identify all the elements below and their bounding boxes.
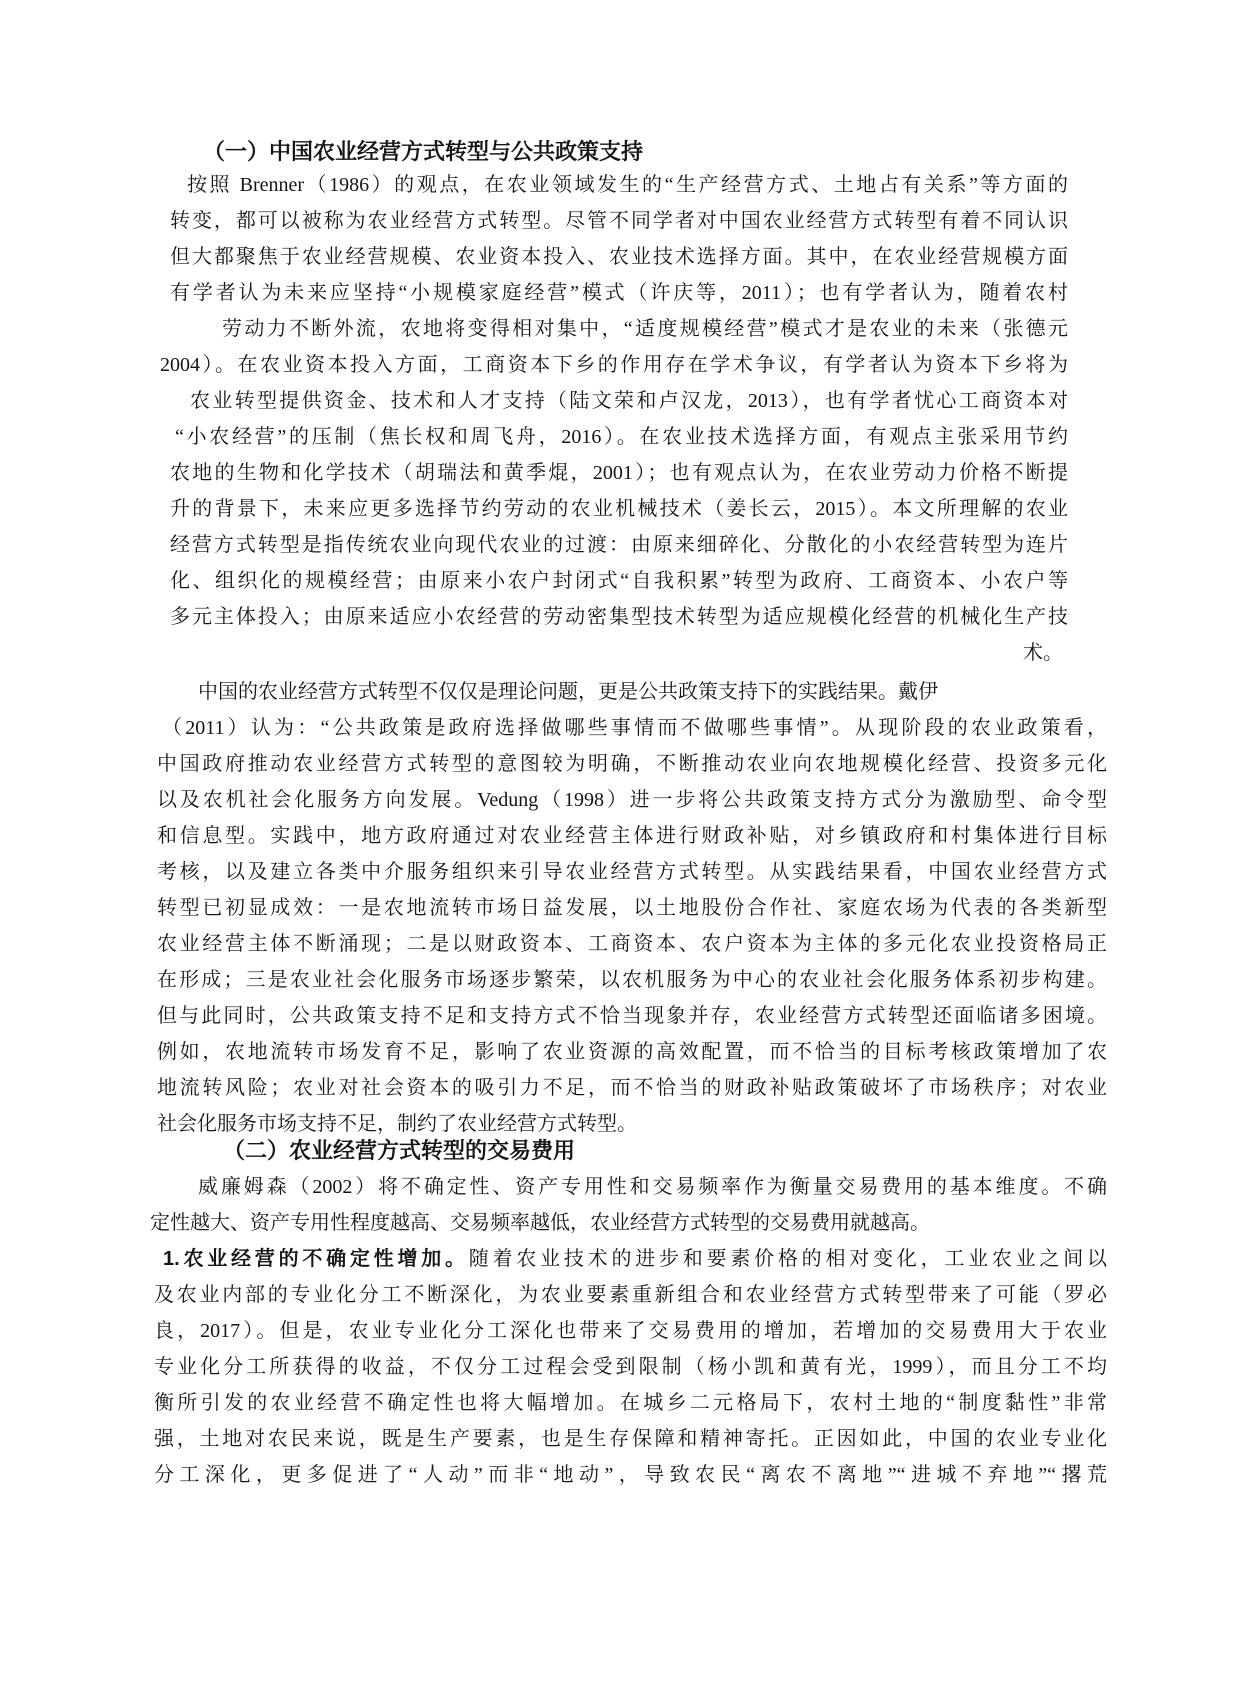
paragraph-2: 中国的农业经营方式转型不仅仅是理论问题，更是公共政策支持下的实践结果。戴伊 （2… bbox=[157, 674, 1107, 1142]
text-line: 威廉姆森（2002）将不确定性、资产专用性和交易频率作为衡量交易费用的基本维度。… bbox=[198, 1169, 1107, 1205]
text-line: 农地的生物和化学技术（胡瑞法和黄季焜，2001）；也有观点认为，在农业劳动力价格… bbox=[170, 455, 1068, 491]
text-line: 经营方式转型是指传统农业向现代农业的过渡：由原来细碎化、分散化的小农经营转型为连… bbox=[170, 527, 1068, 563]
paragraph-1: 按照 Brenner（1986）的观点，在农业领域发生的“生产经营方式、土地占有… bbox=[170, 167, 1068, 671]
text-line: 按照 Brenner（1986）的观点，在农业领域发生的“生产经营方式、土地占有… bbox=[187, 167, 1068, 203]
text-line: 转型已初显成效：一是农地流转市场日益发展，以土地股份合作社、家庭农场为代表的各类… bbox=[157, 890, 1107, 926]
text-line: 有学者认为未来应坚持“小规模家庭经营”模式（许庆等，2011）；也有学者认为，随… bbox=[170, 275, 1068, 311]
text-line: 衡所引发的农业经营不确定性也将大幅增加。在城乡二元格局下，农村土地的“制度黏性”… bbox=[154, 1385, 1107, 1421]
text-line: 及农业内部的专业化分工不断深化，为农业要素重新组合和农业经营方式转型带来了可能（… bbox=[154, 1277, 1107, 1313]
section-heading-2: （二）农业经营方式转型的交易费用 bbox=[223, 1133, 1123, 1169]
text-line: 术。 bbox=[170, 635, 1063, 671]
text-line: 定性越大、资产专用性程度越高、交易频率越低，农业经营方式转型的交易费用就越高。 bbox=[150, 1205, 1107, 1241]
lead-rest-text: 随着农业技术的进步和要素价格的相对变化，工业农业之间以 bbox=[469, 1248, 1107, 1270]
text-line: “小农经营”的压制（焦长权和周飞舟，2016）。在农业技术选择方面，有观点主张采… bbox=[175, 419, 1068, 455]
section-heading-1: （一）中国农业经营方式转型与公共政策支持 bbox=[203, 134, 1103, 170]
text-line: 良，2017）。但是，农业专业化分工深化也带来了交易费用的增加，若增加的交易费用… bbox=[154, 1313, 1107, 1349]
text-line: 但大都聚焦于农业经营规模、农业资本投入、农业技术选择方面。其中，在农业经营规模方… bbox=[170, 239, 1068, 275]
bold-lead-label: 1.农业经营的不确定性增加。 bbox=[163, 1248, 469, 1270]
text-line: 分工深化，更多促进了“人动”而非“地动”，导致农民“离农不离地”“进城不弃地”“… bbox=[154, 1457, 1107, 1493]
text-line: （2011）认为：“公共政策是政府选择做哪些事情而不做哪些事情”。从现阶段的农业… bbox=[162, 710, 1107, 746]
text-line: 在形成；三是农业社会化服务市场逐步繁荣，以农机服务为中心的农业社会化服务体系初步… bbox=[157, 962, 1107, 998]
text-line: 转变，都可以被称为农业经营方式转型。尽管不同学者对中国农业经营方式转型有着不同认… bbox=[170, 203, 1068, 239]
text-line: 强，土地对农民来说，既是生产要素，也是生存保障和精神寄托。正因如此，中国的农业专… bbox=[154, 1421, 1107, 1457]
text-line: 农业经营主体不断涌现；二是以财政资本、工商资本、农户资本为主体的多元化农业投资格… bbox=[157, 926, 1107, 962]
text-line: 例如，农地流转市场发育不足，影响了农业资源的高效配置，而不恰当的目标考核政策增加… bbox=[157, 1034, 1107, 1070]
text-line: 化、组织化的规模经营；由原来小农户封闭式“自我积累”转型为政府、工商资本、小农户… bbox=[170, 563, 1068, 599]
text-line: 2004）。在农业资本投入方面，工商资本下乡的作用存在学术争议，有学者认为资本下… bbox=[160, 347, 1068, 383]
text-line: 农业转型提供资金、技术和人才支持（陆文荣和卢汉龙，2013），也有学者忧心工商资… bbox=[190, 383, 1068, 419]
text-line: 以及农机社会化服务方向发展。Vedung（1998）进一步将公共政策支持方式分为… bbox=[157, 782, 1107, 818]
text-line: 和信息型。实践中，地方政府通过对农业经营主体进行财政补贴，对乡镇政府和村集体进行… bbox=[157, 818, 1107, 854]
text-line: 多元主体投入；由原来适应小农经营的劳动密集型技术转型为适应规模化经营的机械化生产… bbox=[170, 599, 1068, 635]
text-line: 劳动力不断外流，农地将变得相对集中，“适度规模经营”模式才是农业的未来（张德元 bbox=[222, 311, 1068, 347]
paragraph-4: 1.农业经营的不确定性增加。随着农业技术的进步和要素价格的相对变化，工业农业之间… bbox=[154, 1241, 1107, 1493]
paragraph-3: 威廉姆森（2002）将不确定性、资产专用性和交易频率作为衡量交易费用的基本维度。… bbox=[150, 1169, 1107, 1241]
text-line: 专业化分工所获得的收益，不仅分工过程会受到限制（杨小凯和黄有光，1999），而且… bbox=[154, 1349, 1107, 1385]
text-line: 升的背景下，未来应更多选择节约劳动的农业机械技术（姜长云，2015）。本文所理解… bbox=[170, 491, 1068, 527]
text-line: 地流转风险；农业对社会资本的吸引力不足，而不恰当的财政补贴政策破坏了市场秩序；对… bbox=[157, 1070, 1107, 1106]
text-line: 考核，以及建立各类中介服务组织来引导农业经营方式转型。从实践结果看，中国农业经营… bbox=[157, 854, 1107, 890]
text-line: 中国的农业经营方式转型不仅仅是理论问题，更是公共政策支持下的实践结果。戴伊 bbox=[198, 674, 1107, 710]
text-line: 1.农业经营的不确定性增加。随着农业技术的进步和要素价格的相对变化，工业农业之间… bbox=[163, 1241, 1107, 1277]
text-line: 中国政府推动农业经营方式转型的意图较为明确，不断推动农业向农地规模化经营、投资多… bbox=[157, 746, 1107, 782]
text-line: 但与此同时，公共政策支持不足和支持方式不恰当现象并存，农业经营方式转型还面临诸多… bbox=[157, 998, 1107, 1034]
